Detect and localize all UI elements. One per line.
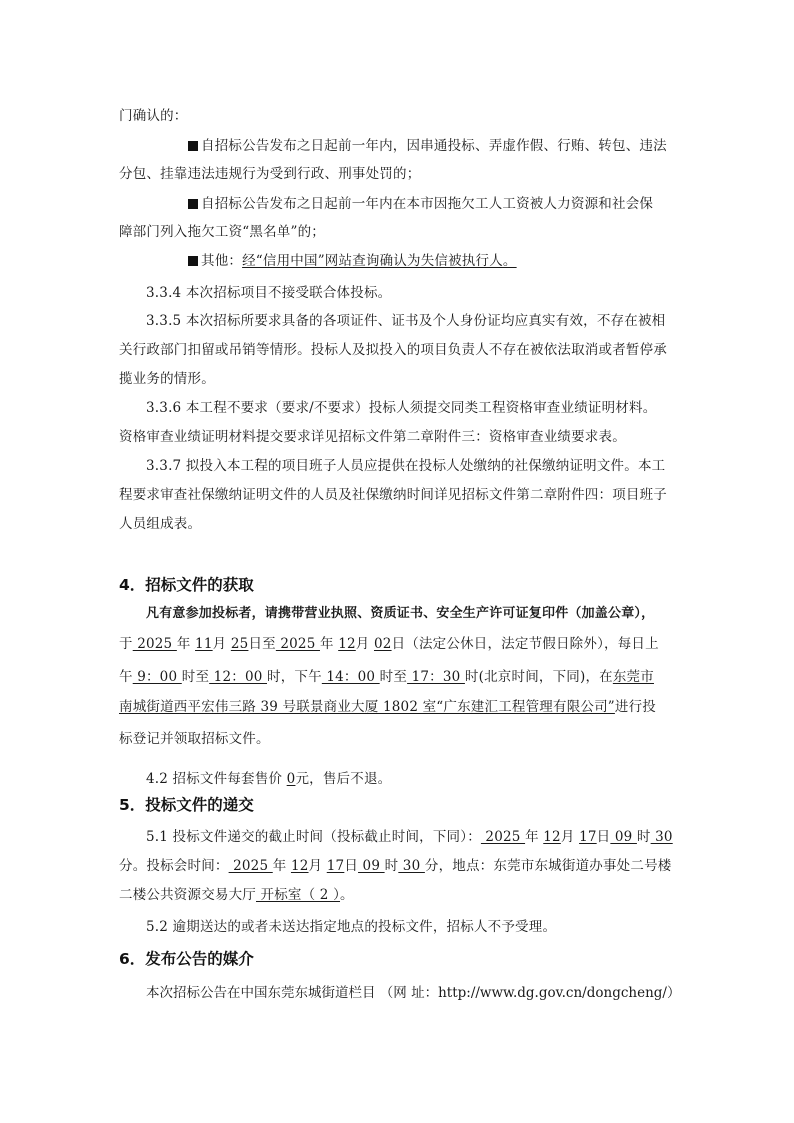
bullet-item-3: 其他：经“信用中国”网站查询确认为失信被执行人。 [188,251,748,271]
address-text: 东莞市 [613,669,654,685]
paragraph-line: 障部门列入拖欠工资“黑名单”的； [119,222,679,242]
section-4-heading: 4．招标文件的获取 [119,574,254,596]
text: 分，地点：东莞市东城街道办事处二号楼 [425,858,672,874]
clause-3-3-6: 3.3.6 本工程不要求（要求/不要求）投标人须提交同类工程资格审查业绩证明材料… [146,398,706,418]
clause-3-3-4: 3.3.4 本次招标项目不接受联合体投标。 [146,283,706,303]
paragraph-line: 程要求审查社保缴纳证明文件的人员及社保缴纳时间详见招标文件第二章附件四：项目班子 [119,485,679,505]
text: 月 [309,858,323,874]
text: 年 [320,636,334,652]
paragraph-line: 人员组成表。 [119,514,679,534]
meeting-hour: 09 [358,858,385,874]
deadline-year: 2025 [481,829,525,845]
pickup-date-line: 于 2025 年 11月 25日至 2025 年 12月 02日（法定公休日，法… [119,634,679,654]
meeting-year: 2025 [229,858,273,874]
text: 时 [637,829,651,845]
text: 时，下午 [267,669,322,685]
text: 进行投 [615,699,656,715]
text: 日 [597,829,611,845]
end-day: 02 [374,636,392,652]
clause-5-2: 5.2 逾期送达的或者未送达指定地点的投标文件，招标人不予受理。 [146,917,706,937]
text: 二楼公共资源交易大厅 [119,887,256,903]
pm-start-time: 14：00 [322,669,380,685]
clause-3-3-5: 3.3.5 本次招标所要求具备的各项证件、证书及个人身份证均应真实有效，不存在被… [146,311,706,331]
text: 月 [561,829,575,845]
text: 日至 [248,636,275,652]
bullet-text: 其他： [201,253,242,269]
end-month: 12 [338,636,356,652]
start-day: 25 [231,636,249,652]
deadline-hour: 09 [610,829,637,845]
section-6-heading: 6．发布公告的媒介 [119,948,254,970]
text: 年 [525,829,539,845]
text: 时至 [182,669,209,685]
paragraph-line: 分包、挂靠违法违规行为受到行政、刑事处罚的； [119,164,679,184]
paragraph-line: 揽业务的情形。 [119,369,679,389]
text: 月 [356,636,370,652]
text: 午 [119,669,133,685]
text: 日（法定公休日，法定节假日除外），每日上 [392,636,659,652]
text: 日 [344,858,358,874]
text: 时 [385,858,399,874]
meeting-minute: 30 [398,858,425,874]
bullet-text: 自招标公告发布之日起前一年内在本市因拖欠工人工资被人力资源和社会保 [201,196,653,212]
document-page: 门确认的： 自招标公告发布之日起前一年内，因串通投标、弄虚作假、行贿、转包、违法… [0,0,794,1123]
paragraph-line: 关行政部门扣留或吊销等情形。投标人及拟投入的项目负责人不存在被依法取消或者暂停承 [119,340,679,360]
black-square-bullet-icon [188,141,198,151]
deadline-month: 12 [543,829,561,845]
meeting-month: 12 [291,858,309,874]
pm-end-time: 17：30 [407,669,465,685]
meeting-time-line: 分。投标会时间： 2025 年 12月 17日 09 时 30 分，地点：东莞市… [119,856,679,876]
deadline-day: 17 [579,829,597,845]
text: 时(北京时间，下同)，在 [465,669,613,685]
clause-3-3-7: 3.3.7 拟投入本工程的项目班子人员应提供在投标人处缴纳的社保缴纳证明文件。本… [146,456,706,476]
deadline-minute: 30 [651,829,673,845]
text: 年 [177,636,191,652]
paragraph-line: 门确认的： [119,106,679,126]
underlined-text: 经“信用中国”网站查询确认为失信被执行人。 [242,253,517,269]
text: 月 [213,636,227,652]
pickup-address-line: 南城街道西平宏伟三路 39 号联景商业大厦 1802 室“广东建汇工程管理有限公… [119,697,679,717]
media-paragraph: 本次招标公告在中国东莞东城街道栏目 （网 址：http://www.dg.gov… [146,983,706,1003]
section-4-intro: 凡有意参加投标者，请携带营业执照、资质证书、安全生产许可证复印件（加盖公章）， [146,604,706,624]
end-year: 2025 [276,636,320,652]
venue-line: 二楼公共资源交易大厅 开标室（ 2 ）。 [119,885,679,905]
black-square-bullet-icon [188,256,198,266]
text: 。 [340,887,354,903]
text: 分。投标会时间： [119,858,229,874]
am-end-time: 12：00 [209,669,267,685]
address-text: 南城街道西平宏伟三路 39 号联景商业大厦 1802 室“广东建汇工程管理有限公… [119,699,615,715]
bullet-item-2: 自招标公告发布之日起前一年内在本市因拖欠工人工资被人力资源和社会保 [188,194,748,214]
start-year: 2025 [133,636,177,652]
bullet-item-1: 自招标公告发布之日起前一年内，因串通投标、弄虚作假、行贿、转包、违法 [188,136,748,156]
pickup-time-line: 午 9：00 时至 12：00 时，下午 14：00 时至 17：30 时(北京… [119,667,679,687]
paragraph-line: 标登记并领取招标文件。 [119,729,679,749]
text: 于 [119,636,133,652]
black-square-bullet-icon [188,199,198,209]
text: 5.1 投标文件递交的截止时间（投标截止时间，下同）： [146,829,481,845]
bullet-text: 自招标公告发布之日起前一年内，因串通投标、弄虚作假、行贿、转包、违法 [201,138,667,154]
clause-4-2: 4.2 招标文件每套售价 0元，售后不退。 [146,769,706,789]
text: 时至 [380,669,407,685]
am-start-time: 9：00 [133,669,182,685]
text: 元，售后不退。 [295,771,391,787]
section-5-heading: 5．投标文件的递交 [119,794,254,816]
text: 年 [273,858,287,874]
start-month: 11 [195,636,213,652]
paragraph-line: 资格审查业绩证明材料提交要求详见招标文件第二章附件三：资格审查业绩要求表。 [119,427,679,447]
text: 4.2 招标文件每套售价 [146,771,287,787]
clause-5-1: 5.1 投标文件递交的截止时间（投标截止时间，下同）： 2025 年 12月 1… [146,827,686,847]
meeting-day: 17 [327,858,345,874]
venue-room: 开标室（ 2 ） [256,887,340,903]
